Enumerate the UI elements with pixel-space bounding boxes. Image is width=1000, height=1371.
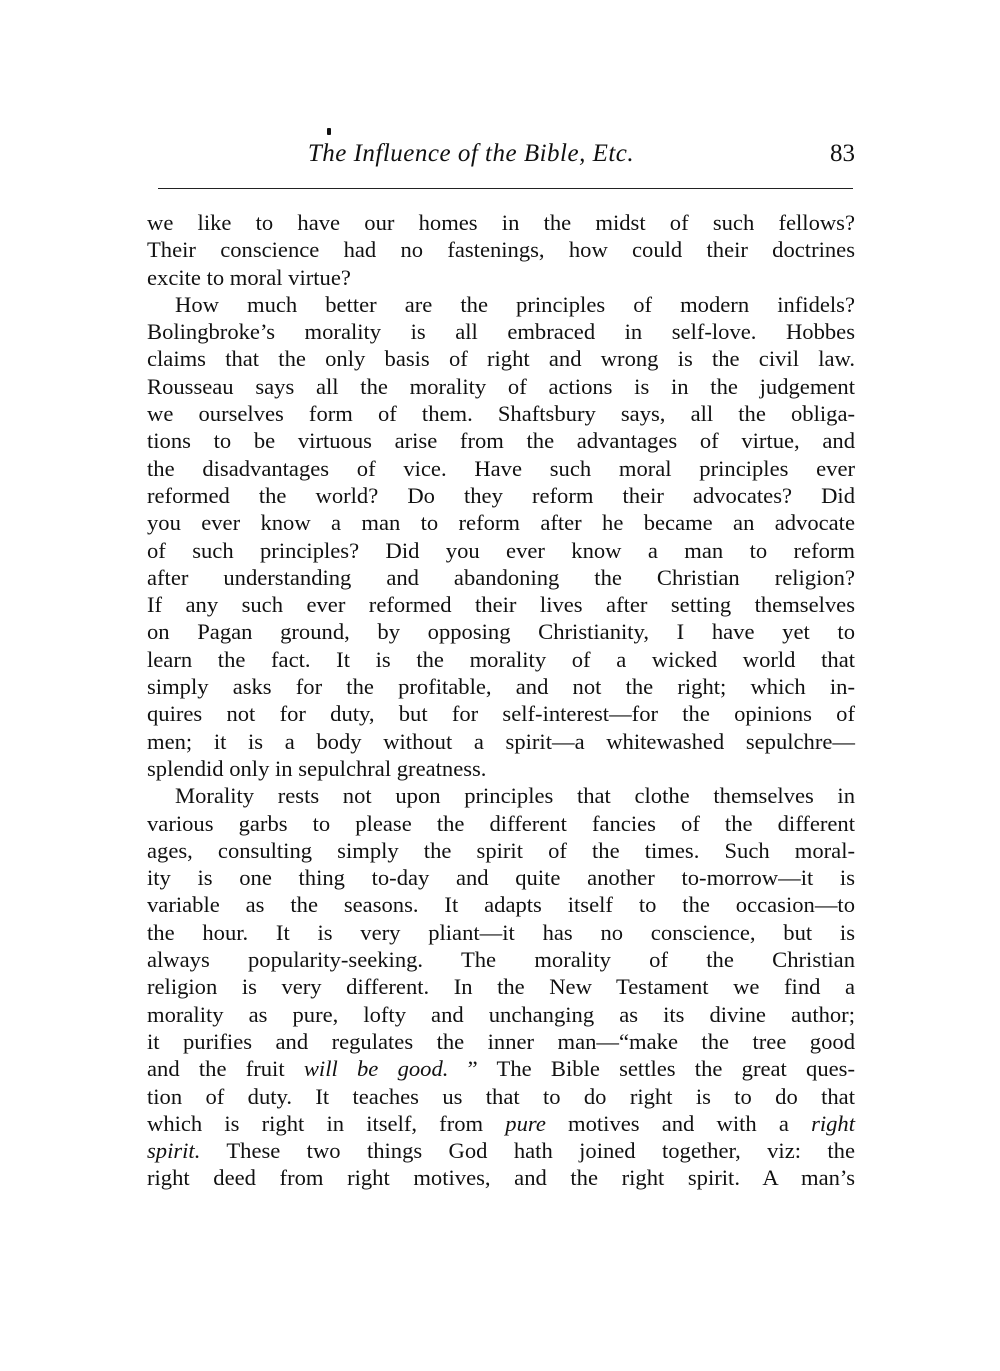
text-line: Bolingbroke’s morality is all embraced i…: [147, 318, 855, 345]
text-run: which is right in itself, from: [147, 1111, 505, 1136]
page-number: 83: [830, 140, 855, 168]
italic-run: will be good.: [304, 1056, 449, 1081]
text-line: Their conscience had no fastenings, how …: [147, 236, 855, 263]
italic-run: right: [811, 1111, 855, 1136]
text-line: right deed from right motives, and the r…: [147, 1164, 855, 1191]
header-rule: [158, 188, 853, 189]
text-line: and the fruit will be good. ” The Bible …: [147, 1055, 855, 1082]
text-line: men; it is a body without a spirit—a whi…: [147, 728, 855, 755]
text-line: on Pagan ground, by opposing Christianit…: [147, 618, 855, 645]
text-line: claims that the only basis of right and …: [147, 345, 855, 372]
italic-run: spirit.: [147, 1138, 200, 1163]
text-line: which is right in itself, from pure moti…: [147, 1110, 855, 1137]
text-line: you ever know a man to reform after he b…: [147, 509, 855, 536]
italic-run: pure: [505, 1111, 546, 1136]
text-line: excite to moral virtue?: [147, 264, 855, 291]
paragraph-1: we like to have our homes in the midst o…: [147, 209, 855, 291]
text-line: we like to have our homes in the midst o…: [147, 209, 855, 236]
text-line: we ourselves form of them. Shaftsbury sa…: [147, 400, 855, 427]
text-line: the disadvantages of vice. Have such mor…: [147, 455, 855, 482]
text-line: How much better are the principles of mo…: [147, 291, 855, 318]
text-line: splendid only in sepulchral greatness.: [147, 755, 855, 782]
text-line: morality as pure, lofty and unchanging a…: [147, 1001, 855, 1028]
text-line: If any such ever reformed their lives af…: [147, 591, 855, 618]
text-run: These two things God hath joined togethe…: [200, 1138, 855, 1163]
text-run: ” The Bible settles the great ques-: [448, 1056, 855, 1081]
text-line: after understanding and abandoning the C…: [147, 564, 855, 591]
text-run: motives and with a: [546, 1111, 811, 1136]
text-line: ity is one thing to-day and quite anothe…: [147, 864, 855, 891]
text-line: reformed the world? Do they reform their…: [147, 482, 855, 509]
running-title: The Influence of the Bible, Etc.: [147, 140, 855, 168]
text-line: tions to be virtuous arise from the adva…: [147, 427, 855, 454]
running-header: The Influence of the Bible, Etc. 83: [147, 140, 855, 180]
text-line: quires not for duty, but for self-intere…: [147, 700, 855, 727]
text-line: tion of duty. It teaches us that to do r…: [147, 1083, 855, 1110]
print-mark: [327, 128, 331, 135]
text-line: variable as the seasons. It adapts itsel…: [147, 891, 855, 918]
text-line: spirit. These two things God hath joined…: [147, 1137, 855, 1164]
text-line: Morality rests not upon principles that …: [147, 782, 855, 809]
text-line: the hour. It is very pliant—it has no co…: [147, 919, 855, 946]
text-line: various garbs to please the different fa…: [147, 810, 855, 837]
body-text: we like to have our homes in the midst o…: [147, 209, 855, 1192]
text-line: always popularity-seeking. The morality …: [147, 946, 855, 973]
paragraph-3: Morality rests not upon principles that …: [147, 782, 855, 1191]
text-line: religion is very different. In the New T…: [147, 973, 855, 1000]
text-line: simply asks for the profitable, and not …: [147, 673, 855, 700]
text-line: it purifies and regulates the inner man—…: [147, 1028, 855, 1055]
text-run: and the fruit: [147, 1056, 304, 1081]
text-line: of such principles? Did you ever know a …: [147, 537, 855, 564]
book-page: The Influence of the Bible, Etc. 83 we l…: [0, 0, 1000, 1371]
text-line: learn the fact. It is the morality of a …: [147, 646, 855, 673]
text-line: Rousseau says all the morality of action…: [147, 373, 855, 400]
text-line: ages, consulting simply the spirit of th…: [147, 837, 855, 864]
paragraph-2: How much better are the principles of mo…: [147, 291, 855, 782]
